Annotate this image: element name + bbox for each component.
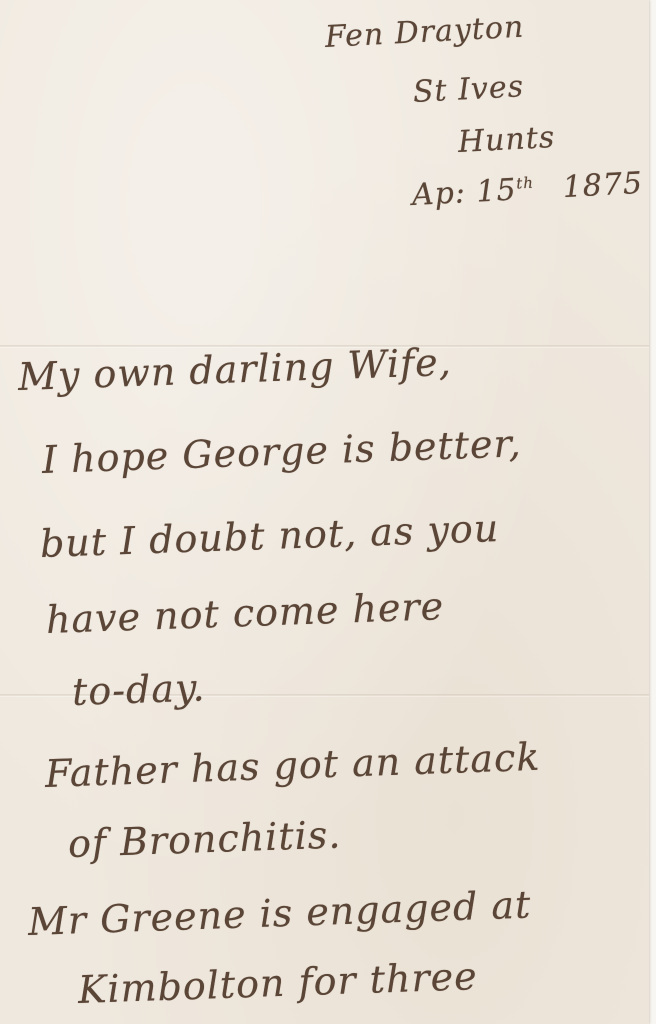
body-line: to-day. (71, 665, 206, 714)
salutation: My own darling Wife, (17, 340, 452, 399)
body-line: I hope George is better, (41, 421, 522, 482)
date-day: Ap: 15 (411, 173, 517, 213)
address-line-1: Fen Drayton (324, 10, 525, 55)
address-line-3: Hunts (457, 120, 556, 160)
body-line: Mr Greene is engaged at (27, 882, 532, 944)
letter-page: Fen Drayton St Ives Hunts Ap: 15th 1875 … (0, 0, 649, 1024)
body-line: Father has got an attack (44, 735, 541, 796)
letter-date: Ap: 15th 1875 (411, 166, 644, 213)
body-line: of Bronchitis. (67, 812, 342, 866)
bleed-through-text (19, 220, 31, 256)
body-line: Kimbolton for three (77, 954, 478, 1012)
bleed-through-text (39, 135, 51, 171)
date-year: 1875 (562, 166, 644, 205)
body-line: have not come here (45, 584, 445, 642)
address-line-2: St Ives (412, 69, 525, 110)
date-ordinal: th (516, 174, 535, 193)
body-line: but I doubt not, as you (39, 506, 500, 566)
